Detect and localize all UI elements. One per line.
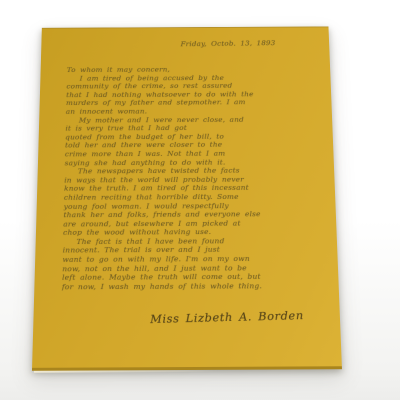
letter-date: Friday, Octob. 13, 1893 [180, 39, 275, 48]
letter-signature: Miss Lizbeth A. Borden [150, 308, 304, 325]
letter-line: for now, I wash my hands of this whole t… [62, 281, 316, 291]
letter-paper: Friday, Octob. 13, 1893 To whom it may c… [32, 26, 342, 370]
photo-background: Friday, Octob. 13, 1893 To whom it may c… [0, 0, 400, 400]
letter-body: To whom it may concern, I am tired of be… [62, 65, 316, 292]
paper-bottom-edge [34, 370, 218, 373]
